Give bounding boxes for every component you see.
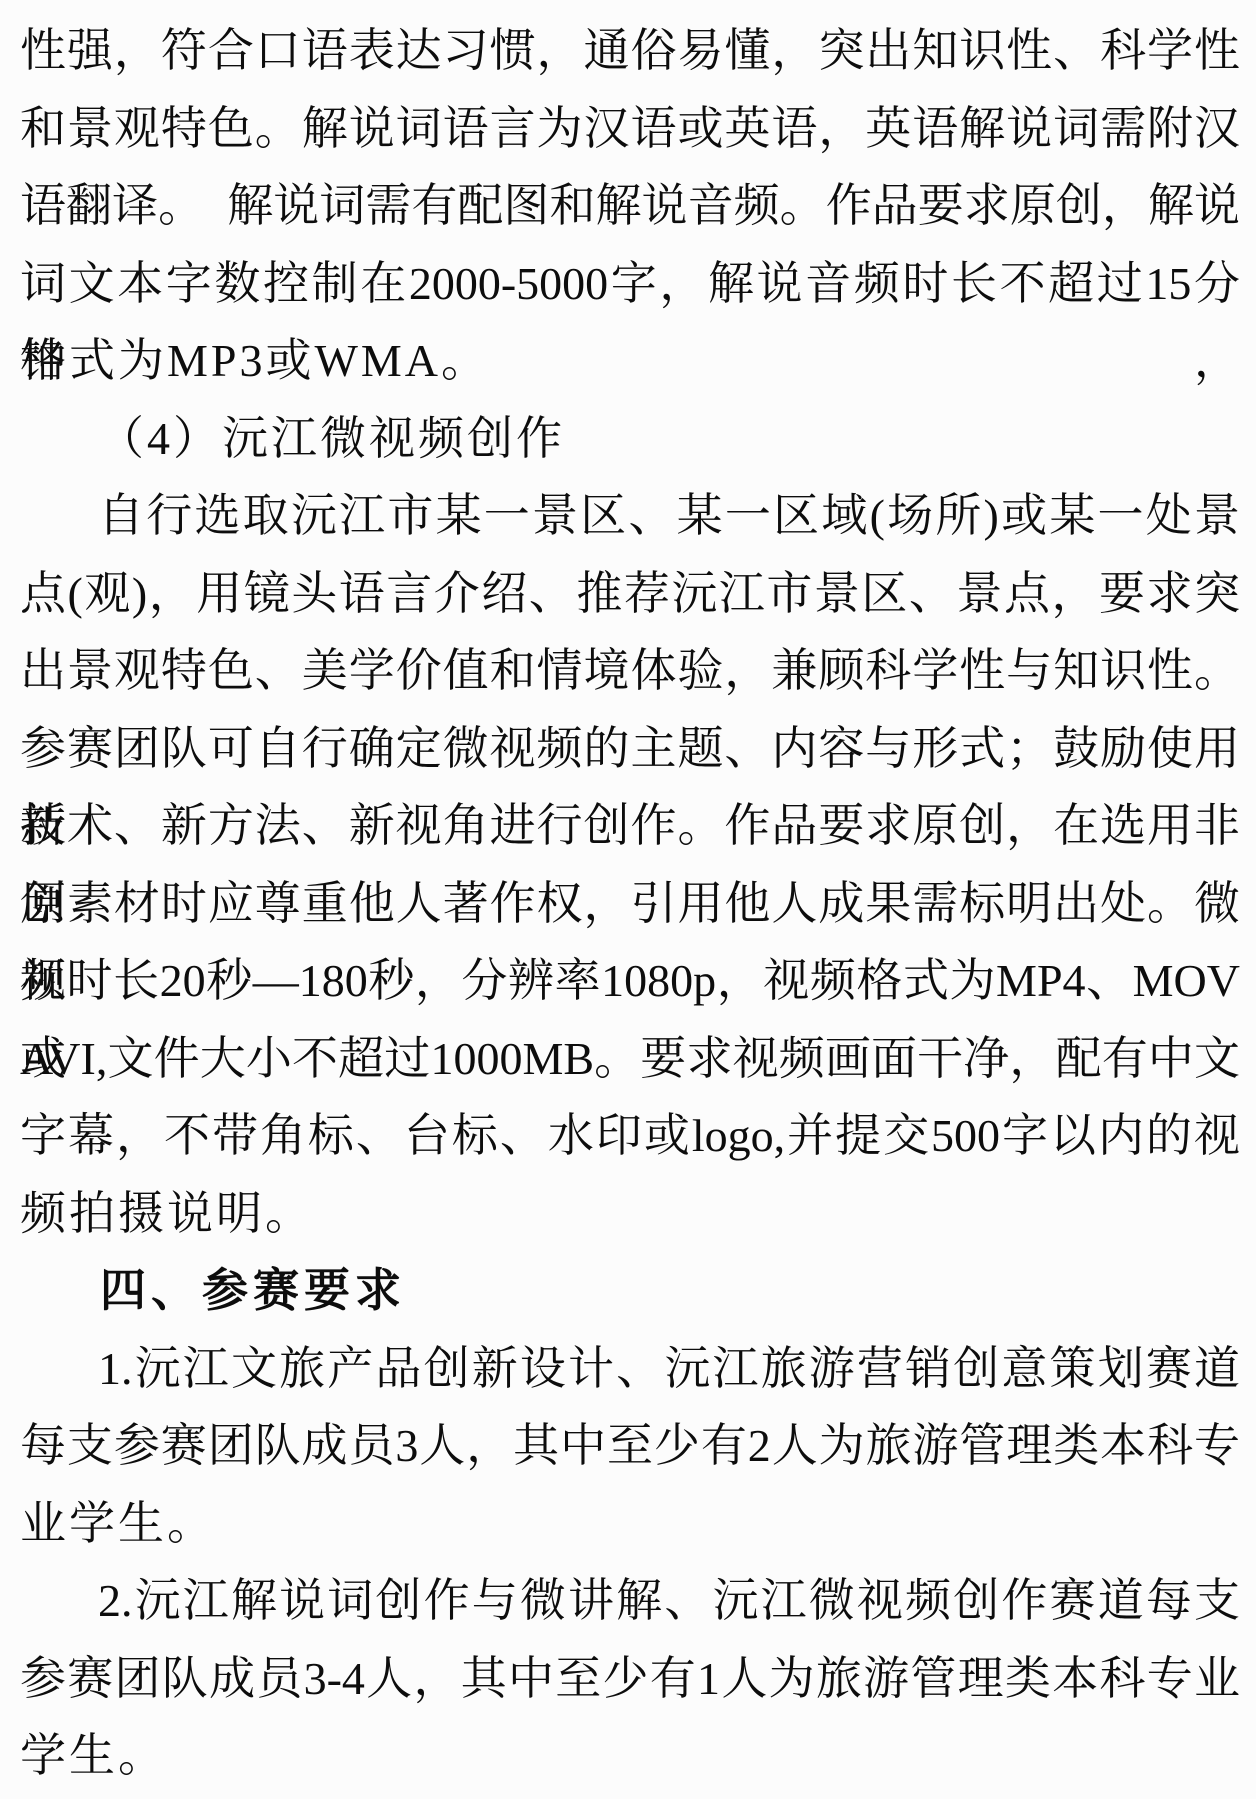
text-line-6: （4）沅江微视频创作 [20, 400, 1240, 478]
text-line-12: 创素材时应尊重他人著作权，引用他人成果需标明出处。微视 [20, 865, 1240, 943]
text-line-18: 1.沅江文旅产品创新设计、沅江旅游营销创意策划赛道 [20, 1330, 1240, 1408]
text-line-13: 频时长20秒—180秒，分辨率1080p，视频格式为MP4、MOV或 [20, 942, 1240, 1020]
text-line-3: 语翻译。 解说词需有配图和解说音频。作品要求原创，解说 [20, 167, 1240, 245]
text-line-19: 每支参赛团队成员3人，其中至少有2人为旅游管理类本科专 [20, 1407, 1240, 1485]
text-line-22: 参赛团队成员3-4人，其中至少有1人为旅游管理类本科专业 [20, 1640, 1240, 1718]
text-line-21: 2.沅江解说词创作与微讲解、沅江微视频创作赛道每支 [20, 1562, 1240, 1640]
text-line-20: 业学生。 [20, 1485, 1240, 1563]
text-line-17: 四、参赛要求 [20, 1252, 1240, 1330]
text-line-11: 技术、新方法、新视角进行创作。作品要求原创，在选用非原 [20, 787, 1240, 865]
document-body: 性强，符合口语表达习惯，通俗易懂，突出知识性、科学性和景观特色。解说词语言为汉语… [20, 12, 1240, 1795]
text-line-2: 和景观特色。解说词语言为汉语或英语，英语解说词需附汉 [20, 90, 1240, 168]
text-line-16: 频拍摄说明。 [20, 1175, 1240, 1253]
text-line-4: 词文本字数控制在2000-5000字，解说音频时长不超过15分钟， [20, 245, 1240, 323]
text-line-9: 出景观特色、美学价值和情境体验，兼顾科学性与知识性。 [20, 632, 1240, 710]
text-line-7: 自行选取沅江市某一景区、某一区域(场所)或某一处景 [20, 477, 1240, 555]
text-line-14: AVI,文件大小不超过1000MB。要求视频画面干净，配有中文 [20, 1020, 1240, 1098]
text-line-8: 点(观)，用镜头语言介绍、推荐沅江市景区、景点，要求突 [20, 555, 1240, 633]
text-line-15: 字幕，不带角标、台标、水印或logo,并提交500字以内的视 [20, 1097, 1240, 1175]
text-line-23: 学生。 [20, 1717, 1240, 1795]
text-line-1: 性强，符合口语表达习惯，通俗易懂，突出知识性、科学性 [20, 12, 1240, 90]
document-page: 性强，符合口语表达习惯，通俗易懂，突出知识性、科学性和景观特色。解说词语言为汉语… [0, 0, 1256, 1799]
text-line-10: 参赛团队可自行确定微视频的主题、内容与形式；鼓励使用新 [20, 710, 1240, 788]
